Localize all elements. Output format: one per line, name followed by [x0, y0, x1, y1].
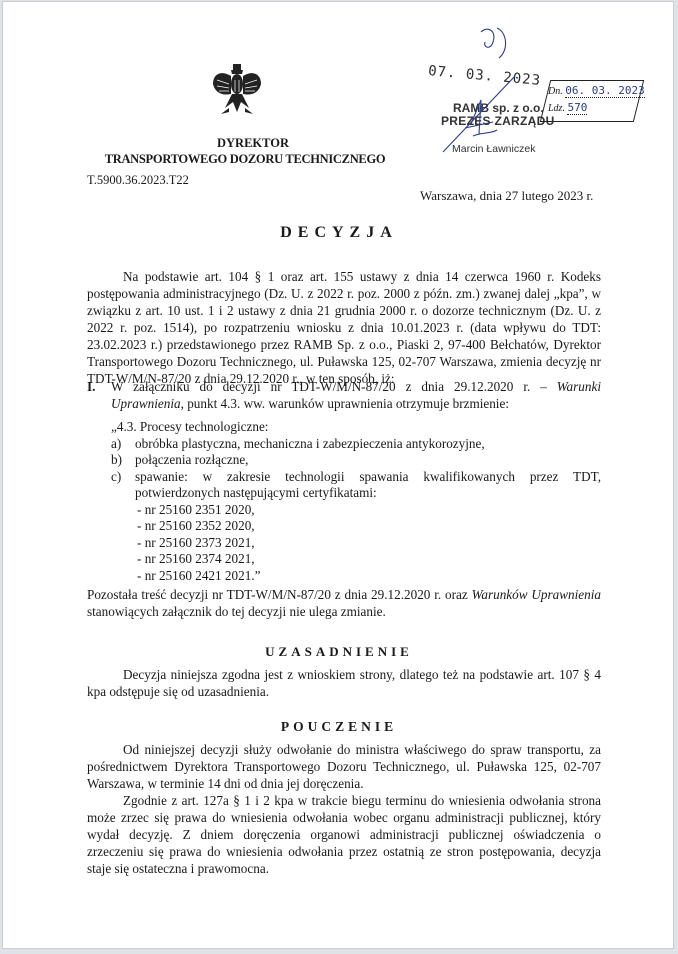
remaining-text-part: stanowiących załącznik do tej decyzji ni… [87, 604, 386, 619]
subitem-text: połączenia rozłączne, [135, 452, 601, 469]
certificate-item: - nr 25160 2421 2021.” [137, 568, 601, 585]
decision-intro-paragraph: Na podstawie art. 104 § 1 oraz art. 155 … [87, 268, 601, 387]
subitem-text: obróbka plastyczna, mechaniczna i zabezp… [135, 436, 601, 453]
item-number: I. [87, 378, 95, 395]
subitem-text: spawanie: w zakresie technologii spawani… [135, 469, 601, 502]
item-text: W załączniku do decyzji nr TDT-W/M/N-87/… [111, 378, 601, 412]
remaining-content-paragraph: Pozostała treść decyzji nr TDT-W/M/N-87/… [87, 586, 601, 620]
subitem-label: b) [111, 452, 135, 469]
certificate-item: - nr 25160 2373 2021, [137, 535, 601, 552]
instruction-title: POUCZENIE [3, 719, 675, 735]
viewer-bottom-edge [0, 949, 678, 954]
certificate-item: - nr 25160 2374 2021, [137, 551, 601, 568]
received-date-stamp: 07. 03. 2023 [428, 63, 542, 89]
company-stamp: RAMB sp. z o.o. [453, 101, 544, 115]
document-page: DYREKTOR TRANSPORTOWEGO DOZORU TECHNICZN… [2, 1, 674, 949]
remaining-text-italic: Warunków Uprawnienia [472, 587, 601, 602]
authority-title-line2: TRANSPORTOWEGO DOZORU TECHNICZNEGO [99, 152, 391, 167]
item-text-part: W załączniku do decyzji nr TDT-W/M/N-87/… [111, 379, 557, 394]
registry-ldz-label: Ldz. [548, 103, 565, 114]
polish-eagle-emblem-icon [211, 62, 263, 118]
justification-paragraph: Decyzja niniejsza zgodna jest z wnioskie… [87, 666, 601, 700]
subitem-a: a) obróbka plastyczna, mechaniczna i zab… [111, 436, 601, 453]
person-stamp: Marcin Ławniczek [452, 143, 535, 155]
item-text-part: , punkt 4.3. ww. warunków uprawnienia ot… [181, 396, 509, 411]
role-stamp: PREZES ZARZĄDU [441, 114, 555, 128]
certificate-item: - nr 25160 2351 2020, [137, 502, 601, 519]
registry-dn-label: Dn. [548, 86, 563, 97]
registry-ldz-line: Ldz. 570 [548, 101, 587, 114]
registry-ldz-value: 570 [567, 101, 587, 115]
quoted-amendment: „4.3. Procesy technologiczne: a) obróbka… [111, 419, 601, 584]
subitem-label: a) [111, 436, 135, 453]
authority-title-line1: DYREKTOR [103, 136, 403, 151]
case-reference-number: T.5900.36.2023.T22 [87, 173, 189, 188]
place-and-date: Warszawa, dnia 27 lutego 2023 r. [420, 188, 593, 204]
instruction-paragraph-1: Od niniejszej decyzji służy odwołanie do… [87, 741, 601, 792]
certificate-list: - nr 25160 2351 2020, - nr 25160 2352 20… [137, 502, 601, 585]
certificate-item: - nr 25160 2352 2020, [137, 518, 601, 535]
subitem-label: c) [111, 469, 135, 502]
subitem-b: b) połączenia rozłączne, [111, 452, 601, 469]
registry-dn-line: Dn. 06. 03. 2023 [548, 84, 645, 97]
justification-title: UZASADNIENIE [3, 644, 675, 660]
remaining-text-part: Pozostała treść decyzji nr TDT-W/M/N-87/… [87, 587, 472, 602]
instruction-section: Od niniejszej decyzji służy odwołanie do… [87, 741, 601, 877]
decision-title: DECYZJA [3, 224, 675, 242]
instruction-paragraph-2: Zgodnie z art. 127a § 1 i 2 kpa w trakci… [87, 792, 601, 877]
subitem-c: c) spawanie: w zakresie technologii spaw… [111, 469, 601, 502]
decision-item-1: I. W załączniku do decyzji nr TDT-W/M/N-… [87, 378, 601, 412]
quote-heading: „4.3. Procesy technologiczne: [111, 419, 601, 436]
registry-dn-value: 06. 03. 2023 [565, 84, 644, 98]
